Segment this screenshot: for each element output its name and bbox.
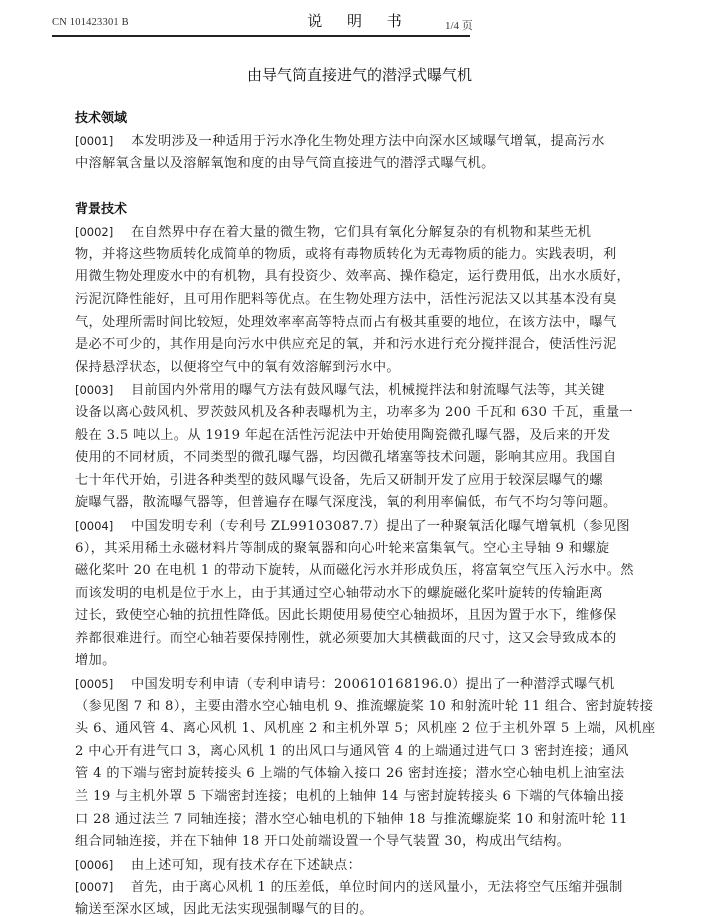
paragraph-number: [0006] <box>75 854 131 877</box>
paragraph-number: [0004] <box>75 515 131 538</box>
paragraph-text: 养都很难进行。而空心轴若要保持刚性，就必须要加大其横截面的尺寸，这又会导致成本的 <box>75 631 617 646</box>
paragraph-text: （参见图 7 和 8），主要由潜水空心轴电机 9、推流螺旋桨 10 和射流叶轮 … <box>75 699 653 714</box>
paragraph-line: 6），其采用稀土永磁材料片等制成的聚氧器和向心叶轮来富集氧气。空心主导轴 9 和… <box>75 538 655 561</box>
paragraph-line: 组合同轴连接，并在下轴伸 18 开口处前端设置一个导气装置 30，构成出气结构。 <box>75 831 655 854</box>
paragraph-text: 中溶解氧含量以及溶解氧饱和度的由导气筒直接进气的潜浮式曝气机。 <box>75 156 495 171</box>
paragraph-text: 增加。 <box>75 653 116 668</box>
paragraph-text: 兰 19 与主机外罩 5 下端密封连接；电机的上轴伸 14 与密封旋转接头 6 … <box>75 789 624 804</box>
paragraph-text: 气，处理所需时间比较短，处理效率率高等特点而占有极其重要的地位，在该方法中，曝气 <box>75 315 617 330</box>
paragraph-line: 设备以离心鼓风机、罗茨鼓风机及各种表曝机为主，功率多为 200 千瓦和 630 … <box>75 402 655 425</box>
paragraph-line: 旋曝气器，散流曝气器等，但普遍存在曝气深度浅，氧的利用率偏低，布气不均匀等问题。 <box>75 492 655 515</box>
paragraph-line: [0006]由上述可知，现有技术存在下述缺点： <box>75 854 655 877</box>
paragraph-line: 2 中心开有进气口 3，离心风机 1 的出风口与通风管 4 的上端通过进气口 3… <box>75 741 655 764</box>
paragraph-text: 污泥沉降性能好，且可用作肥料等优点。在生物处理方法中，活性污泥法又以其基本没有臭 <box>75 292 617 307</box>
paragraph-text: 过长，致使空心轴的抗扭性降低。因此长期使用易使空心轴损坏，且因为置于水下，维修保 <box>75 608 617 623</box>
paragraph-text: 设备以离心鼓风机、罗茨鼓风机及各种表曝机为主，功率多为 200 千瓦和 630 … <box>75 405 633 420</box>
paragraph-text: 在自然界中存在着大量的微生物，它们具有氧化分解复杂的有机物和某些无机 <box>131 225 591 240</box>
paragraph-text: 组合同轴连接，并在下轴伸 18 开口处前端设置一个导气装置 30，构成出气结构。 <box>75 834 570 849</box>
paragraph-line: 保持悬浮状态，以便将空气中的氧有效溶解到污水中。 <box>75 357 655 380</box>
paragraph-number: [0002] <box>75 221 131 244</box>
page-indicator: 1/4 页 <box>445 17 473 33</box>
document-body: 技术领域[0001]本发明涉及一种适用于污水净化生物处理方法中向深水区域曝气增氧… <box>75 108 655 916</box>
paragraph-text: 由上述可知，现有技术存在下述缺点： <box>131 858 361 873</box>
section-title: 说 明 书 <box>0 10 719 31</box>
paragraph-number: [0003] <box>75 379 131 402</box>
paragraph-line: 中溶解氧含量以及溶解氧饱和度的由导气筒直接进气的潜浮式曝气机。 <box>75 153 655 176</box>
document-title: 由导气筒直接进气的潜浮式曝气机 <box>0 64 719 85</box>
paragraph-line: 养都很难进行。而空心轴若要保持刚性，就必须要加大其横截面的尺寸，这又会导致成本的 <box>75 628 655 651</box>
paragraph-line: 用微生物处理废水中的有机物，具有投资少、效率高、操作稳定，运行费用低，出水水质好… <box>75 266 655 289</box>
paragraph-text: 用微生物处理废水中的有机物，具有投资少、效率高、操作稳定，运行费用低，出水水质好… <box>75 269 630 284</box>
paragraph-text: 管 4 的下端与密封旋转接头 6 上端的气体输入接口 26 密封连接；潜水空心轴… <box>75 766 625 781</box>
paragraph-text: 中国发明专利申请（专利申请号：200610168196.0）提出了一种潜浮式曝气… <box>131 677 615 692</box>
paragraph-line: 物，并将这些物质转化成简单的物质，或将有毒物质转化为无毒物质的能力。实践表明，利 <box>75 244 655 267</box>
paragraph-number: [0001] <box>75 130 131 153</box>
paragraph-text: 而该发明的电机是位于水上，由于其通过空心轴带动水下的螺旋磁化桨叶旋转的传输距离 <box>75 586 603 601</box>
section-gap <box>75 175 655 199</box>
paragraph: [0007]首先，由于离心风机 1 的压差低，单位时间内的送风量小，无法将空气压… <box>75 876 655 916</box>
paragraph: [0002]在自然界中存在着大量的微生物，它们具有氧化分解复杂的有机物和某些无机… <box>75 221 655 379</box>
paragraph: [0004]中国发明专利（专利号 ZL99103087.7）提出了一种聚氧活化曝… <box>75 515 655 673</box>
paragraph-text: 目前国内外常用的曝气方法有鼓风曝气法，机械搅拌法和射流曝气法等，其关键 <box>131 383 605 398</box>
paragraph-text: 中国发明专利（专利号 ZL99103087.7）提出了一种聚氧活化曝气增氧机（参… <box>131 519 630 534</box>
paragraph-line: [0004]中国发明专利（专利号 ZL99103087.7）提出了一种聚氧活化曝… <box>75 515 655 538</box>
paragraph-text: 首先，由于离心风机 1 的压差低，单位时间内的送风量小，无法将空气压缩并强制 <box>131 880 623 895</box>
paragraph-line: 头 6、通风管 4、离心风机 1、风机座 2 和主机外罩 5；风机座 2 位于主… <box>75 718 655 741</box>
paragraph-line: 兰 19 与主机外罩 5 下端密封连接；电机的上轴伸 14 与密封旋转接头 6 … <box>75 786 655 809</box>
paragraph-text: 般在 3.5 吨以上。从 1919 年起在活性污泥法中开始使用陶瓷微孔曝气器，及… <box>75 428 610 443</box>
paragraph-line: 气，处理所需时间比较短，处理效率率高等特点而占有极其重要的地位，在该方法中，曝气 <box>75 312 655 335</box>
paragraph-line: 是必不可少的，其作用是向污水中供应充足的氧，并和污水进行充分搅拌混合，使活性污泥 <box>75 334 655 357</box>
paragraph-line: [0007]首先，由于离心风机 1 的压差低，单位时间内的送风量小，无法将空气压… <box>75 876 655 899</box>
paragraph: [0003]目前国内外常用的曝气方法有鼓风曝气法，机械搅拌法和射流曝气法等，其关… <box>75 379 655 515</box>
paragraph-text: 6），其采用稀土永磁材料片等制成的聚氧器和向心叶轮来富集氧气。空心主导轴 9 和… <box>75 541 609 556</box>
paragraph-line: [0001]本发明涉及一种适用于污水净化生物处理方法中向深水区域曝气增氧，提高污… <box>75 130 655 153</box>
paragraph-text: 2 中心开有进气口 3，离心风机 1 的出风口与通风管 4 的上端通过进气口 3… <box>75 744 629 759</box>
paragraph: [0006]由上述可知，现有技术存在下述缺点： <box>75 854 655 877</box>
paragraph-line: 使用的不同材质，不同类型的微孔曝气器，均因微孔堵塞等技术问题，影响其应用。我国自 <box>75 447 655 470</box>
header-rule <box>52 35 470 37</box>
paragraph-text: 口 28 通过法兰 7 同轴连接；潜水空心轴电机的下轴伸 18 与推流螺旋桨 1… <box>75 812 628 827</box>
paragraph-line: 般在 3.5 吨以上。从 1919 年起在活性污泥法中开始使用陶瓷微孔曝气器，及… <box>75 425 655 448</box>
paragraph-text: 使用的不同材质，不同类型的微孔曝气器，均因微孔堵塞等技术问题，影响其应用。我国自 <box>75 450 617 465</box>
paragraph-text: 头 6、通风管 4、离心风机 1、风机座 2 和主机外罩 5；风机座 2 位于主… <box>75 721 655 736</box>
section-heading: 技术领域 <box>75 108 655 130</box>
paragraph-text: 本发明涉及一种适用于污水净化生物处理方法中向深水区域曝气增氧，提高污水 <box>131 134 605 149</box>
paragraph-line: （参见图 7 和 8），主要由潜水空心轴电机 9、推流螺旋桨 10 和射流叶轮 … <box>75 696 655 719</box>
paragraph-line: [0002]在自然界中存在着大量的微生物，它们具有氧化分解复杂的有机物和某些无机 <box>75 221 655 244</box>
paragraph-text: 输送至深水区域，因此无法实现强制曝气的目的。 <box>75 902 373 916</box>
paragraph-text: 七十年代开始，引进各种类型的鼓风曝气设备，先后又研制开发了应用于较深层曝气的螺 <box>75 473 603 488</box>
paragraph: [0005]中国发明专利申请（专利申请号：200610168196.0）提出了一… <box>75 673 655 854</box>
paragraph-line: 磁化桨叶 20 在电机 1 的带动下旋转，从而磁化污水并形成负压，将富氧空气压入… <box>75 560 655 583</box>
paragraph-line: 污泥沉降性能好，且可用作肥料等优点。在生物处理方法中，活性污泥法又以其基本没有臭 <box>75 289 655 312</box>
paragraph-text: 保持悬浮状态，以便将空气中的氧有效溶解到污水中。 <box>75 360 400 375</box>
paragraph-line: [0003]目前国内外常用的曝气方法有鼓风曝气法，机械搅拌法和射流曝气法等，其关… <box>75 379 655 402</box>
paragraph-text: 物，并将这些物质转化成简单的物质，或将有毒物质转化为无毒物质的能力。实践表明，利 <box>75 247 617 262</box>
paragraph-line: 输送至深水区域，因此无法实现强制曝气的目的。 <box>75 899 655 916</box>
section-heading: 背景技术 <box>75 199 655 221</box>
paragraph-line: 七十年代开始，引进各种类型的鼓风曝气设备，先后又研制开发了应用于较深层曝气的螺 <box>75 470 655 493</box>
paragraph-number: [0007] <box>75 876 131 899</box>
paragraph-text: 是必不可少的，其作用是向污水中供应充足的氧，并和污水进行充分搅拌混合，使活性污泥 <box>75 337 617 352</box>
paragraph-line: 增加。 <box>75 650 655 673</box>
paragraph-text: 旋曝气器，散流曝气器等，但普遍存在曝气深度浅，氧的利用率偏低，布气不均匀等问题。 <box>75 495 617 510</box>
paragraph-line: 过长，致使空心轴的抗扭性降低。因此长期使用易使空心轴损坏，且因为置于水下，维修保 <box>75 605 655 628</box>
paragraph-number: [0005] <box>75 673 131 696</box>
paragraph-line: 而该发明的电机是位于水上，由于其通过空心轴带动水下的螺旋磁化桨叶旋转的传输距离 <box>75 583 655 606</box>
paragraph-line: [0005]中国发明专利申请（专利申请号：200610168196.0）提出了一… <box>75 673 655 696</box>
paragraph: [0001]本发明涉及一种适用于污水净化生物处理方法中向深水区域曝气增氧，提高污… <box>75 130 655 175</box>
paragraph-line: 管 4 的下端与密封旋转接头 6 上端的气体输入接口 26 密封连接；潜水空心轴… <box>75 763 655 786</box>
paragraph-line: 口 28 通过法兰 7 同轴连接；潜水空心轴电机的下轴伸 18 与推流螺旋桨 1… <box>75 809 655 832</box>
paragraph-text: 磁化桨叶 20 在电机 1 的带动下旋转，从而磁化污水并形成负压，将富氧空气压入… <box>75 563 634 578</box>
